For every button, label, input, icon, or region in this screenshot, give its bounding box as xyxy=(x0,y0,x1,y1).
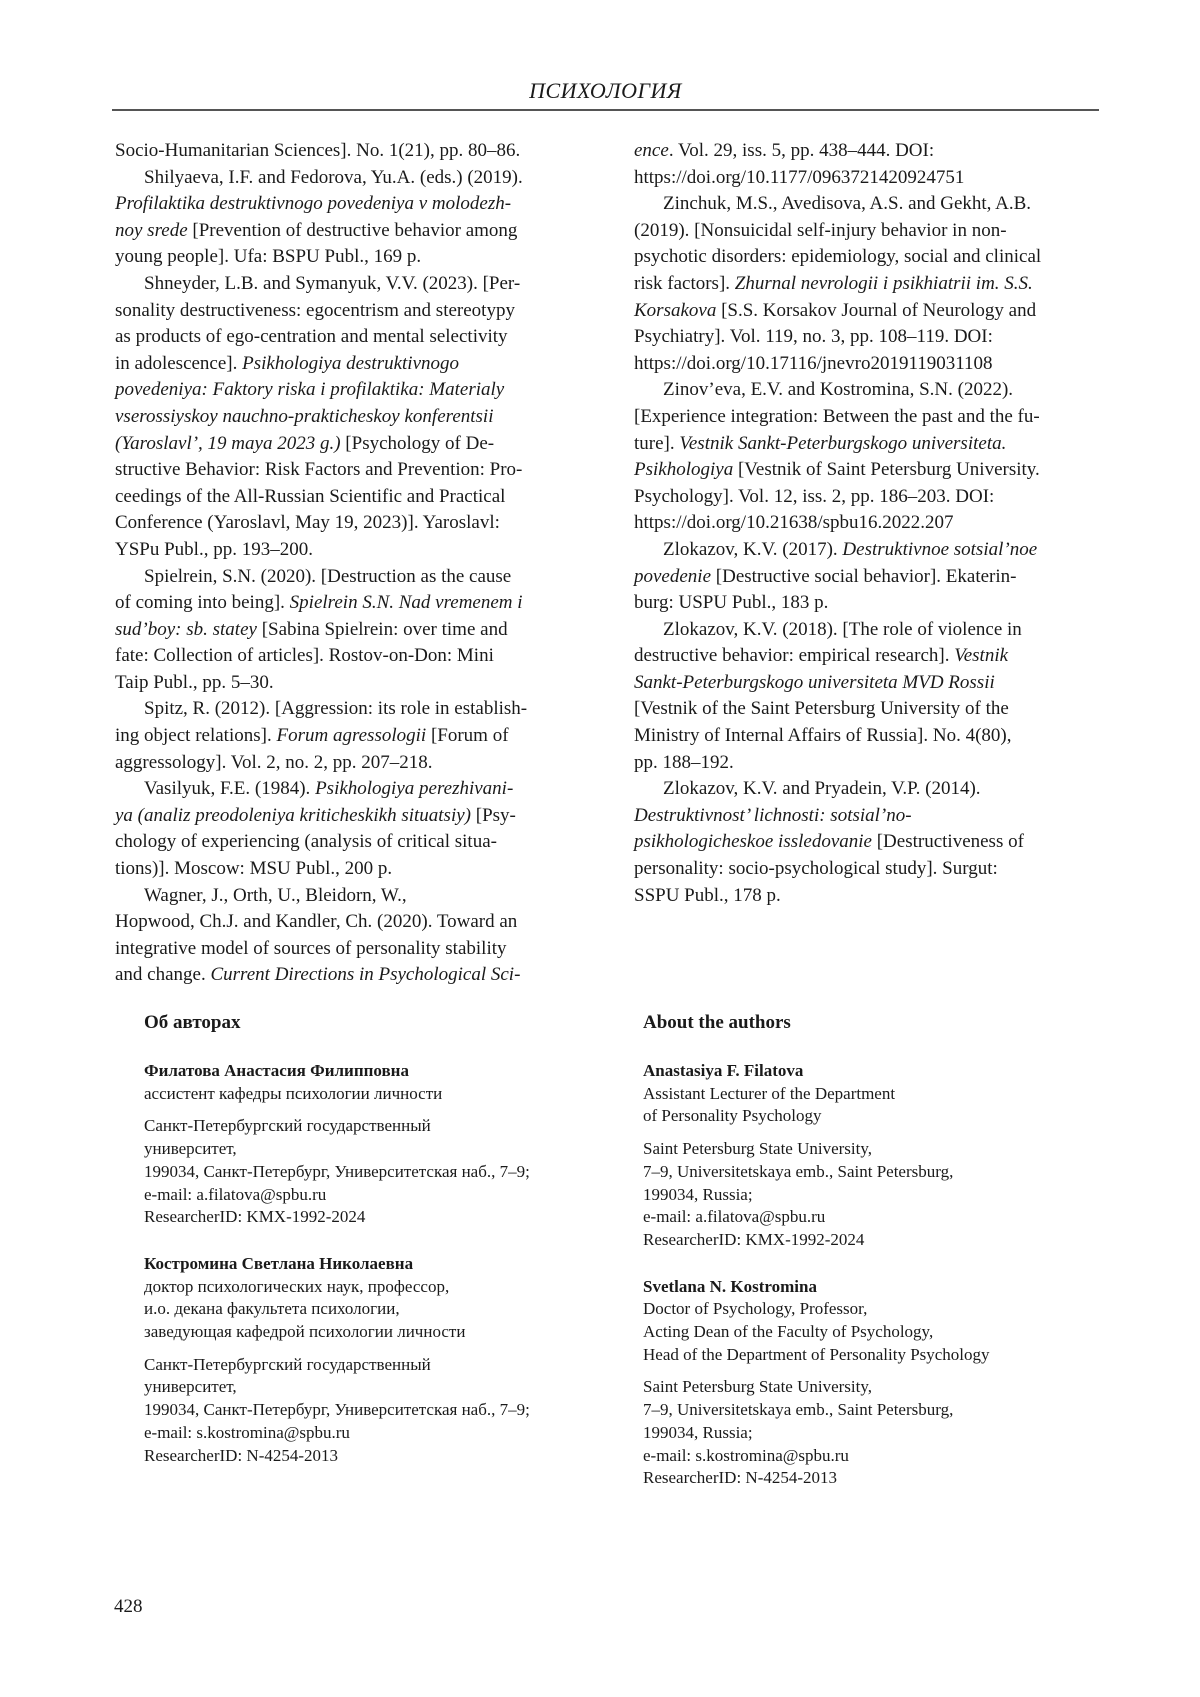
reference-line: Profilaktika destruktivnogo povedeniya v… xyxy=(115,191,575,218)
reference-text: [Experience integration: Between the pas… xyxy=(634,406,1040,427)
reference-text: chology of experiencing (analysis of cri… xyxy=(115,831,497,852)
authors-section-en: About the authors Anastasiya F. Filatova… xyxy=(643,1010,1113,1514)
reference-line: YSPu Publ., pp. 193–200. xyxy=(115,537,575,564)
author-email: e-mail: a.filatova@spbu.ru xyxy=(643,1206,1113,1229)
reference-text: Socio-Humanitarian Sciences]. No. 1(21),… xyxy=(115,140,520,161)
reference-text: burg: USPU Publ., 183 p. xyxy=(634,592,828,613)
author-affiliation-line: 7–9, Universitetskaya emb., Saint Peters… xyxy=(643,1161,1113,1184)
reference-line: aggressology]. Vol. 2, no. 2, pp. 207–21… xyxy=(115,750,575,777)
reference-italic-text: Korsakova xyxy=(634,300,716,321)
author-affiliation-line: ResearcherID: N-4254-2013 xyxy=(643,1467,1113,1490)
reference-line: fate: Collection of articles]. Rostov-on… xyxy=(115,643,575,670)
reference-line: Socio-Humanitarian Sciences]. No. 1(21),… xyxy=(115,138,575,165)
reference-text: [Psy- xyxy=(471,805,516,826)
reference-text: as products of ego-centration and mental… xyxy=(115,326,508,347)
author-affiliation-line: ResearcherID: N-4254-2013 xyxy=(144,1445,614,1468)
reference-text: ing object relations]. xyxy=(115,725,276,746)
reference-text: Zlokazov, K.V. (2017). xyxy=(663,539,842,560)
reference-italic-text: Psikhologiya perezhivani- xyxy=(315,778,513,799)
reference-text: aggressology]. Vol. 2, no. 2, pp. 207–21… xyxy=(115,752,433,773)
reference-line: tions)]. Moscow: MSU Publ., 200 p. xyxy=(115,856,575,883)
reference-italic-text: Psikhologiya destruktivnogo xyxy=(242,353,459,374)
reference-italic-text: Zhurnal nevrologii i psikhiatrii im. S.S… xyxy=(735,273,1033,294)
author-entry: Костромина Светлана Николаевнадоктор пси… xyxy=(144,1253,614,1467)
reference-text: Zinchuk, M.S., Avedisova, A.S. and Gekht… xyxy=(663,193,1031,214)
reference-line: Shneyder, L.B. and Symanyuk, V.V. (2023)… xyxy=(115,271,575,298)
reference-entry: ence. Vol. 29, iss. 5, pp. 438–444. DOI:… xyxy=(634,138,1094,191)
reference-italic-text: Forum agressologii xyxy=(276,725,426,746)
author-affiliation-line: ResearcherID: KMX-1992-2024 xyxy=(643,1229,1113,1252)
reference-line: Spielrein, S.N. (2020). [Destruction as … xyxy=(115,564,575,591)
reference-text: https://doi.org/10.17116/jnevro201911903… xyxy=(634,353,993,374)
reference-italic-text: Sankt-Peterburgskogo universiteta MVD Ro… xyxy=(634,672,995,693)
reference-text: YSPu Publ., pp. 193–200. xyxy=(115,539,313,560)
reference-italic-text: Profilaktika destruktivnogo povedeniya v… xyxy=(115,193,511,214)
reference-line: pp. 188–192. xyxy=(634,750,1094,777)
reference-line: burg: USPU Publ., 183 p. xyxy=(634,590,1094,617)
references-column-left: Socio-Humanitarian Sciences]. No. 1(21),… xyxy=(115,138,575,989)
reference-italic-text: psikhologicheskoe issledovanie xyxy=(634,831,872,852)
reference-text: tions)]. Moscow: MSU Publ., 200 p. xyxy=(115,858,392,879)
author-entry: Филатова Анастасия Филипповнаассистент к… xyxy=(144,1060,614,1229)
reference-line: and change. Current Directions in Psycho… xyxy=(115,962,575,989)
author-affiliation-line: Санкт-Петербургский государственный xyxy=(144,1115,614,1138)
reference-line: Psikhologiya [Vestnik of Saint Petersbur… xyxy=(634,457,1094,484)
author-entry: Anastasiya F. FilatovaAssistant Lecturer… xyxy=(643,1060,1113,1252)
reference-line: Zinov’eva, E.V. and Kostromina, S.N. (20… xyxy=(634,377,1094,404)
reference-italic-text: ence xyxy=(634,140,669,161)
author-affiliation: Санкт-Петербургский государственныйуниве… xyxy=(144,1354,614,1468)
reference-text: Spielrein, S.N. (2020). [Destruction as … xyxy=(144,566,511,587)
reference-line: of coming into being]. Spielrein S.N. Na… xyxy=(115,590,575,617)
author-position-line: Acting Dean of the Faculty of Psychology… xyxy=(643,1321,1113,1344)
reference-text: Ministry of Internal Affairs of Russia].… xyxy=(634,725,1011,746)
reference-entry: Zlokazov, K.V. (2018). [The role of viol… xyxy=(634,617,1094,777)
authors-section-ru: Об авторах Филатова Анастасия Филипповна… xyxy=(144,1010,614,1491)
reference-line: Hopwood, Ch.J. and Kandler, Ch. (2020). … xyxy=(115,909,575,936)
reference-text: Wagner, J., Orth, U., Bleidorn, W., xyxy=(144,885,407,906)
authors-heading-en: About the authors xyxy=(643,1010,1113,1036)
reference-line: ya (analiz preodoleniya kriticheskikh si… xyxy=(115,803,575,830)
reference-line: Psychology]. Vol. 12, iss. 2, pp. 186–20… xyxy=(634,484,1094,511)
reference-line: Conference (Yaroslavl, May 19, 2023)]. Y… xyxy=(115,510,575,537)
reference-text: Psychology]. Vol. 12, iss. 2, pp. 186–20… xyxy=(634,486,994,507)
reference-text: Taip Publ., pp. 5–30. xyxy=(115,672,274,693)
reference-text: Zinov’eva, E.V. and Kostromina, S.N. (20… xyxy=(663,379,1013,400)
reference-line: (Yaroslavl’, 19 maya 2023 g.) [Psycholog… xyxy=(115,431,575,458)
author-position-line: of Personality Psychology xyxy=(643,1105,1113,1128)
reference-line: povedenie [Destructive social behavior].… xyxy=(634,564,1094,591)
reference-text: fate: Collection of articles]. Rostov-on… xyxy=(115,645,494,666)
reference-text: Spitz, R. (2012). [Aggression: its role … xyxy=(144,698,527,719)
reference-entry: Zlokazov, K.V. and Pryadein, V.P. (2014)… xyxy=(634,776,1094,909)
reference-line: https://doi.org/10.1177/0963721420924751 xyxy=(634,165,1094,192)
reference-entry: Zinov’eva, E.V. and Kostromina, S.N. (20… xyxy=(634,377,1094,537)
author-position-line: заведующая кафедрой психологии личности xyxy=(144,1321,614,1344)
author-name: Anastasiya F. Filatova xyxy=(643,1060,1113,1083)
reference-line: Sankt-Peterburgskogo universiteta MVD Ro… xyxy=(634,670,1094,697)
reference-line: Korsakova [S.S. Korsakov Journal of Neur… xyxy=(634,298,1094,325)
reference-line: povedeniya: Faktory riska i profilaktika… xyxy=(115,377,575,404)
reference-italic-text: povedenie xyxy=(634,566,711,587)
reference-line: ing object relations]. Forum agressologi… xyxy=(115,723,575,750)
reference-text: of coming into being]. xyxy=(115,592,290,613)
reference-text: destructive behavior: empirical research… xyxy=(634,645,954,666)
reference-line: integrative model of sources of personal… xyxy=(115,936,575,963)
author-email: e-mail: s.kostromina@spbu.ru xyxy=(643,1445,1113,1468)
author-position-line: Head of the Department of Personality Ps… xyxy=(643,1344,1113,1367)
reference-line: Shilyaeva, I.F. and Fedorova, Yu.A. (eds… xyxy=(115,165,575,192)
reference-text: Psychiatry]. Vol. 119, no. 3, pp. 108–11… xyxy=(634,326,993,347)
reference-entry: Socio-Humanitarian Sciences]. No. 1(21),… xyxy=(115,138,575,165)
reference-entry: Shneyder, L.B. and Symanyuk, V.V. (2023)… xyxy=(115,271,575,564)
reference-italic-text: ya (analiz preodoleniya kriticheskikh si… xyxy=(115,805,471,826)
author-affiliation-line: Saint Petersburg State University, xyxy=(643,1376,1113,1399)
author-email: e-mail: a.filatova@spbu.ru xyxy=(144,1184,614,1207)
author-affiliation-line: 199034, Russia; xyxy=(643,1422,1113,1445)
reference-text: Conference (Yaroslavl, May 19, 2023)]. Y… xyxy=(115,512,500,533)
page-number: 428 xyxy=(114,1596,143,1618)
reference-italic-text: sud’boy: sb. statey xyxy=(115,619,257,640)
author-position: Doctor of Psychology, Professor,Acting D… xyxy=(643,1298,1113,1366)
author-affiliation-line: Санкт-Петербургский государственный xyxy=(144,1354,614,1377)
author-affiliation-line: университет, xyxy=(144,1376,614,1399)
reference-text: Shilyaeva, I.F. and Fedorova, Yu.A. (eds… xyxy=(144,167,523,188)
reference-line: https://doi.org/10.17116/jnevro201911903… xyxy=(634,351,1094,378)
reference-text: [Destructiveness of xyxy=(872,831,1024,852)
reference-italic-text: povedeniya: Faktory riska i profilaktika… xyxy=(115,379,504,400)
reference-italic-text: Vestnik xyxy=(954,645,1008,666)
author-affiliation-line: 199034, Санкт-Петербург, Университетская… xyxy=(144,1161,614,1184)
reference-line: Zlokazov, K.V. (2017). Destruktivnoe sot… xyxy=(634,537,1094,564)
reference-line: chology of experiencing (analysis of cri… xyxy=(115,829,575,856)
reference-line: Wagner, J., Orth, U., Bleidorn, W., xyxy=(115,883,575,910)
author-position-line: Doctor of Psychology, Professor, xyxy=(643,1298,1113,1321)
reference-line: Vasilyuk, F.E. (1984). Psikhologiya pere… xyxy=(115,776,575,803)
author-affiliation-line: ResearcherID: KMX-1992-2024 xyxy=(144,1206,614,1229)
reference-text: [Vestnik of Saint Petersburg University. xyxy=(733,459,1040,480)
reference-line: ence. Vol. 29, iss. 5, pp. 438–444. DOI: xyxy=(634,138,1094,165)
author-position: доктор психологических наук, профессор,и… xyxy=(144,1276,614,1344)
reference-line: ture]. Vestnik Sankt-Peterburgskogo univ… xyxy=(634,431,1094,458)
reference-text: [Destructive social behavior]. Ekaterin- xyxy=(711,566,1016,587)
reference-line: in adolescence]. Psikhologiya destruktiv… xyxy=(115,351,575,378)
reference-text: [S.S. Korsakov Journal of Neurology and xyxy=(716,300,1036,321)
reference-text: [Psychology of De- xyxy=(341,433,495,454)
reference-line: [Vestnik of the Saint Petersburg Univers… xyxy=(634,696,1094,723)
reference-italic-text: (Yaroslavl’, 19 maya 2023 g.) xyxy=(115,433,341,454)
reference-line: Destruktivnost’ lichnosti: sotsial’no- xyxy=(634,803,1094,830)
reference-line: young people]. Ufa: BSPU Publ., 169 p. xyxy=(115,244,575,271)
reference-line: Ministry of Internal Affairs of Russia].… xyxy=(634,723,1094,750)
author-affiliation: Saint Petersburg State University,7–9, U… xyxy=(643,1376,1113,1490)
author-entry: Svetlana N. KostrominaDoctor of Psycholo… xyxy=(643,1276,1113,1490)
reference-text: and change. xyxy=(115,964,210,985)
author-email: e-mail: s.kostromina@spbu.ru xyxy=(144,1422,614,1445)
reference-text: pp. 188–192. xyxy=(634,752,734,773)
reference-text: structive Behavior: Risk Factors and Pre… xyxy=(115,459,522,480)
running-head-title: ПСИХОЛОГИЯ xyxy=(112,78,1099,104)
reference-italic-text: noy srede xyxy=(115,220,188,241)
reference-text: Zlokazov, K.V. and Pryadein, V.P. (2014)… xyxy=(663,778,981,799)
authors-heading-ru: Об авторах xyxy=(144,1010,614,1036)
reference-text: Zlokazov, K.V. (2018). [The role of viol… xyxy=(663,619,1022,640)
reference-line: vserossiyskoy nauchno-prakticheskoy konf… xyxy=(115,404,575,431)
reference-text: https://doi.org/10.21638/spbu16.2022.207 xyxy=(634,512,954,533)
author-name: Svetlana N. Kostromina xyxy=(643,1276,1113,1299)
reference-text: Hopwood, Ch.J. and Kandler, Ch. (2020). … xyxy=(115,911,517,932)
author-affiliation-line: 7–9, Universitetskaya emb., Saint Peters… xyxy=(643,1399,1113,1422)
reference-italic-text: Current Directions in Psychological Sci- xyxy=(210,964,520,985)
reference-text: [Forum of xyxy=(426,725,508,746)
reference-line: Spitz, R. (2012). [Aggression: its role … xyxy=(115,696,575,723)
reference-text: sonality destructiveness: egocentrism an… xyxy=(115,300,515,321)
reference-line: Zlokazov, K.V. and Pryadein, V.P. (2014)… xyxy=(634,776,1094,803)
reference-italic-text: Spielrein S.N. Nad vremenem i xyxy=(290,592,523,613)
reference-line: SSPU Publ., 178 p. xyxy=(634,883,1094,910)
reference-text: ture]. xyxy=(634,433,679,454)
reference-entry: Spitz, R. (2012). [Aggression: its role … xyxy=(115,696,575,776)
author-affiliation: Санкт-Петербургский государственныйуниве… xyxy=(144,1115,614,1229)
reference-line: Zinchuk, M.S., Avedisova, A.S. and Gekht… xyxy=(634,191,1094,218)
reference-text: in adolescence]. xyxy=(115,353,242,374)
reference-line: structive Behavior: Risk Factors and Pre… xyxy=(115,457,575,484)
reference-line: noy srede [Prevention of destructive beh… xyxy=(115,218,575,245)
author-name: Костромина Светлана Николаевна xyxy=(144,1253,614,1276)
reference-line: risk factors]. Zhurnal nevrologii i psik… xyxy=(634,271,1094,298)
reference-text: Shneyder, L.B. and Symanyuk, V.V. (2023)… xyxy=(144,273,520,294)
reference-text: https://doi.org/10.1177/0963721420924751 xyxy=(634,167,964,188)
reference-line: (2019). [Nonsuicidal self-injury behavio… xyxy=(634,218,1094,245)
reference-text: Vasilyuk, F.E. (1984). xyxy=(144,778,315,799)
reference-line: https://doi.org/10.21638/spbu16.2022.207 xyxy=(634,510,1094,537)
author-affiliation-line: университет, xyxy=(144,1138,614,1161)
reference-text: young people]. Ufa: BSPU Publ., 169 p. xyxy=(115,246,421,267)
reference-text: [Sabina Spielrein: over time and xyxy=(257,619,508,640)
reference-line: psikhologicheskoe issledovanie [Destruct… xyxy=(634,829,1094,856)
reference-line: Psychiatry]. Vol. 119, no. 3, pp. 108–11… xyxy=(634,324,1094,351)
author-position-line: Assistant Lecturer of the Department xyxy=(643,1083,1113,1106)
author-affiliation-line: 199034, Санкт-Петербург, Университетская… xyxy=(144,1399,614,1422)
author-position-line: доктор психологических наук, профессор, xyxy=(144,1276,614,1299)
reference-italic-text: Psikhologiya xyxy=(634,459,733,480)
reference-italic-text: Destruktivnost’ lichnosti: sotsial’no- xyxy=(634,805,912,826)
reference-entry: Zlokazov, K.V. (2017). Destruktivnoe sot… xyxy=(634,537,1094,617)
reference-text: psychotic disorders: epidemiology, socia… xyxy=(634,246,1041,267)
reference-line: personality: socio-psychological study].… xyxy=(634,856,1094,883)
author-position: ассистент кафедры психологии личности xyxy=(144,1083,614,1106)
reference-line: Zlokazov, K.V. (2018). [The role of viol… xyxy=(634,617,1094,644)
reference-line: [Experience integration: Between the pas… xyxy=(634,404,1094,431)
header-rule xyxy=(112,109,1099,111)
reference-text: personality: socio-psychological study].… xyxy=(634,858,998,879)
reference-entry: Wagner, J., Orth, U., Bleidorn, W.,Hopwo… xyxy=(115,883,575,989)
reference-text: ceedings of the All-Russian Scientific a… xyxy=(115,486,505,507)
reference-line: psychotic disorders: epidemiology, socia… xyxy=(634,244,1094,271)
reference-entry: Vasilyuk, F.E. (1984). Psikhologiya pere… xyxy=(115,776,575,882)
reference-line: as products of ego-centration and mental… xyxy=(115,324,575,351)
author-position-line: ассистент кафедры психологии личности xyxy=(144,1083,614,1106)
reference-text: [Prevention of destructive behavior amon… xyxy=(188,220,518,241)
reference-entry: Spielrein, S.N. (2020). [Destruction as … xyxy=(115,564,575,697)
reference-text: risk factors]. xyxy=(634,273,735,294)
author-affiliation-line: 199034, Russia; xyxy=(643,1184,1113,1207)
reference-italic-text: Vestnik Sankt-Peterburgskogo universitet… xyxy=(679,433,1006,454)
reference-entry: Zinchuk, M.S., Avedisova, A.S. and Gekht… xyxy=(634,191,1094,377)
reference-text: integrative model of sources of personal… xyxy=(115,938,507,959)
references-column-right: ence. Vol. 29, iss. 5, pp. 438–444. DOI:… xyxy=(634,138,1094,909)
author-affiliation-line: Saint Petersburg State University, xyxy=(643,1138,1113,1161)
reference-line: Taip Publ., pp. 5–30. xyxy=(115,670,575,697)
author-position-line: и.о. декана факультета психологии, xyxy=(144,1298,614,1321)
reference-line: destructive behavior: empirical research… xyxy=(634,643,1094,670)
reference-text: [Vestnik of the Saint Petersburg Univers… xyxy=(634,698,1009,719)
reference-italic-text: vserossiyskoy nauchno-prakticheskoy konf… xyxy=(115,406,493,427)
author-affiliation: Saint Petersburg State University,7–9, U… xyxy=(643,1138,1113,1252)
reference-text: (2019). [Nonsuicidal self-injury behavio… xyxy=(634,220,1007,241)
reference-line: ceedings of the All-Russian Scientific a… xyxy=(115,484,575,511)
author-name: Филатова Анастасия Филипповна xyxy=(144,1060,614,1083)
reference-text: SSPU Publ., 178 p. xyxy=(634,885,781,906)
reference-entry: Shilyaeva, I.F. and Fedorova, Yu.A. (eds… xyxy=(115,165,575,271)
reference-line: sud’boy: sb. statey [Sabina Spielrein: o… xyxy=(115,617,575,644)
reference-italic-text: Destruktivnoe sotsial’noe xyxy=(842,539,1037,560)
reference-line: sonality destructiveness: egocentrism an… xyxy=(115,298,575,325)
author-position: Assistant Lecturer of the Departmentof P… xyxy=(643,1083,1113,1128)
reference-text: . Vol. 29, iss. 5, pp. 438–444. DOI: xyxy=(669,140,934,161)
